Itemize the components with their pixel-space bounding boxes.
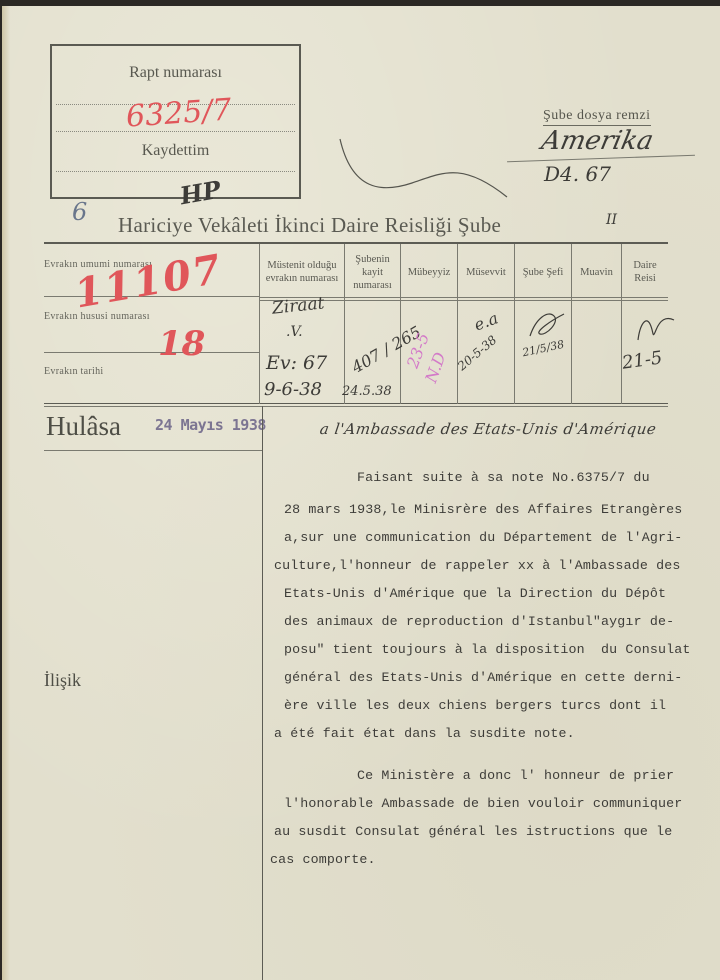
body-line: Etats-Unis d'Amérique que la Direction d… bbox=[284, 586, 666, 601]
kaydettim-label: Kaydettim bbox=[52, 142, 299, 160]
body-line: des animaux de reproduction d'Istanbul"a… bbox=[284, 614, 674, 629]
body-line: ère ville les deux chiens bergers turcs … bbox=[284, 698, 666, 713]
department-head-date: 21-5 bbox=[621, 347, 664, 373]
body-line: au susdit Consulat général les istructio… bbox=[274, 824, 672, 839]
summary-label: Hulâsa bbox=[46, 411, 121, 442]
rapt-number-box: Rapt numarası Kaydettim 6325/7 bbox=[50, 44, 301, 199]
col-header-mubeyyiz: Mübeyyiz bbox=[401, 246, 457, 298]
page-title: Hariciye Vekâleti İkinci Daire Reisliği … bbox=[118, 213, 501, 238]
body-line: a été fait état dans la susdite note. bbox=[274, 726, 575, 741]
col-header-muavin: Muavin bbox=[572, 246, 621, 298]
table-bottom-rule bbox=[44, 403, 668, 404]
col-header-branch-chief: Şube Şefi bbox=[515, 246, 571, 298]
dotted-line bbox=[56, 171, 295, 172]
musevvit-hand-1: e.a bbox=[471, 308, 500, 334]
date-stamp: 24 Mayıs 1938 bbox=[155, 416, 266, 434]
col-header-department-head: Daire Reisi bbox=[622, 246, 668, 298]
file-code-sub-handwritten: D4. 67 bbox=[544, 162, 611, 186]
attachment-label: İlişik bbox=[44, 670, 81, 691]
rapt-label: Rapt numarası bbox=[52, 64, 299, 82]
pen-stroke bbox=[332, 131, 532, 201]
recipient-handwritten: a l'Ambassade des Etats-Unis d'Amérique bbox=[319, 420, 658, 438]
body-line: général des Etats-Unis d'Amérique en cet… bbox=[284, 670, 682, 685]
table-top-rule bbox=[44, 242, 668, 244]
col-header-branch-record: Şubenin kayit numarası bbox=[345, 246, 400, 298]
reference-hand-3: Ev: 67 bbox=[266, 352, 327, 374]
reference-hand-2: .V. bbox=[286, 324, 303, 340]
musevvit-hand-2: 20-5-38 bbox=[455, 333, 499, 373]
col-header-reference: Müstenit olduğu evrakın numarası bbox=[260, 246, 344, 298]
special-number-handwritten: 18 bbox=[158, 324, 205, 364]
summary-rule bbox=[44, 450, 262, 451]
general-number-handwritten: 11107 bbox=[71, 245, 226, 317]
reference-hand-1: Ziraat bbox=[271, 293, 325, 318]
body-line: a,sur une communication du Département d… bbox=[284, 530, 682, 545]
document-page: Rapt numarası Kaydettim 6325/7 HP 6 Şube… bbox=[2, 6, 720, 980]
row-rule bbox=[44, 352, 259, 353]
reference-hand-4: 9-6-38 bbox=[264, 379, 322, 400]
body-line: Faisant suite à sa note No.6375/7 du bbox=[292, 470, 650, 485]
margin-mark: 6 bbox=[72, 198, 87, 226]
body-line: l'honorable Ambassade de bien vouloir co… bbox=[284, 796, 682, 811]
body-line: cas comporte. bbox=[270, 852, 376, 867]
branch-record-hand-2: 24.5.38 bbox=[342, 384, 392, 399]
main-vertical-rule bbox=[262, 406, 263, 980]
file-code-label: Şube dosya remzi bbox=[543, 108, 651, 126]
department-head-signature-icon bbox=[630, 306, 680, 346]
body-line: culture,l'honneur de rappeler xx à l'Amb… bbox=[274, 558, 680, 573]
col-header-musevvit: Müsevvit bbox=[458, 246, 514, 298]
paper-edge bbox=[2, 6, 10, 980]
file-code-handwritten: Amerika bbox=[539, 126, 656, 156]
initials-handwritten: HP bbox=[178, 175, 223, 211]
body-line: Ce Ministère a donc l' honneur de prier bbox=[292, 768, 674, 783]
title-suffix-handwritten: II bbox=[606, 212, 617, 228]
table-bottom-rule-2 bbox=[44, 406, 668, 407]
rapt-handwritten-number: 6325/7 bbox=[125, 92, 233, 134]
body-line: 28 mars 1938,le Minisrère des Affaires E… bbox=[284, 502, 682, 517]
body-line: posu" tient toujours à la disposition du… bbox=[284, 642, 690, 657]
row-label-date: Evrakın tarihi bbox=[44, 366, 103, 377]
